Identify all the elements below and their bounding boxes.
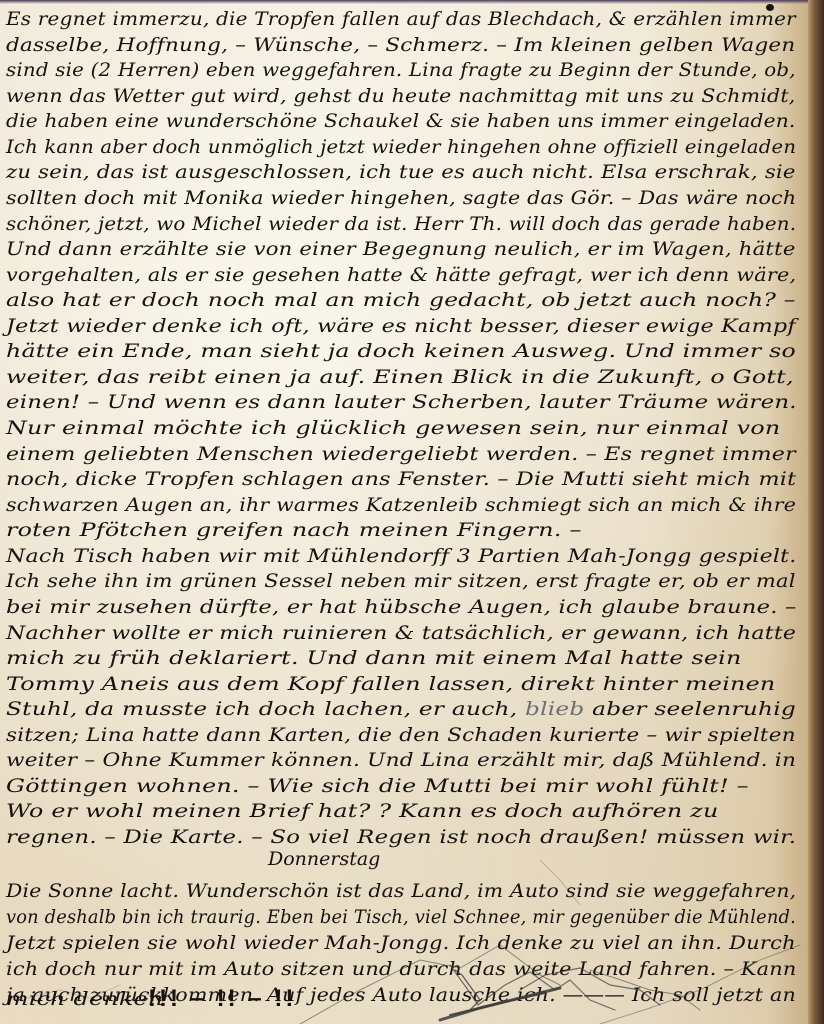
handwritten-line: mich zu früh deklariert. Und dann mit ei… bbox=[6, 647, 742, 669]
handwritten-line: Göttingen wohnen. – Wie sich die Mutti b… bbox=[6, 775, 749, 797]
handwritten-line: schöner, jetzt, wo Michel wieder da ist.… bbox=[6, 213, 796, 235]
handwritten-line: von deshalb bin ich traurig. Eben bei Ti… bbox=[6, 906, 796, 928]
closing-line: mich denken bbox=[6, 988, 163, 1010]
handwritten-line: einem geliebten Menschen wiedergeliebt w… bbox=[6, 443, 796, 465]
handwritten-line: roten Pfötchen greifen nach meinen Finge… bbox=[6, 519, 582, 541]
handwritten-line: dasselbe, Hoffnung, – Wünsche, – Schmerz… bbox=[6, 34, 795, 56]
handwritten-line: zu sein, das ist ausgeschlossen, ich tue… bbox=[6, 161, 796, 183]
handwritten-line: schwarzen Augen an, ihr warmes Katzenlei… bbox=[6, 494, 796, 516]
handwritten-line: ich doch nur mit im Auto sitzen und durc… bbox=[6, 958, 797, 980]
handwritten-line: weiter, das reibt einen ja auf. Einen Bl… bbox=[6, 366, 794, 388]
handwritten-line: Und dann erzählte sie von einer Begegnun… bbox=[6, 238, 796, 260]
handwritten-line: weiter – Ohne Kummer können. Und Lina er… bbox=[6, 749, 796, 771]
handwritten-line: hätte ein Ende, man sieht ja doch keinen… bbox=[6, 340, 796, 362]
handwritten-line: Nur einmal möchte ich glücklich gewesen … bbox=[6, 417, 780, 439]
handwritten-line: vorgehalten, als er sie gesehen hatte & … bbox=[6, 264, 796, 286]
handwritten-line: also hat er doch noch mal an mich gedach… bbox=[6, 289, 796, 311]
handwritten-line: sitzen; Lina hatte dann Karten, die den … bbox=[6, 724, 796, 746]
handwritten-line: Nachher wollte er mich ruinieren & tatsä… bbox=[6, 622, 796, 644]
handwritten-line: bei mir zusehen dürfte, er hat hübsche A… bbox=[6, 596, 797, 618]
handwritten-line: sollten doch mit Monika wieder hingehen,… bbox=[6, 187, 796, 209]
handwritten-line: einen! – Und wenn es dann lauter Scherbe… bbox=[6, 391, 797, 413]
handwritten-line: noch, dicke Tropfen schlagen ans Fenster… bbox=[6, 468, 796, 490]
entry-heading-donnerstag: Donnerstag bbox=[268, 848, 380, 870]
handwritten-line: wenn das Wetter gut wird, gehst du heute… bbox=[6, 85, 795, 107]
closing-exclamations: !!! – !! – !! bbox=[148, 985, 296, 1013]
closing-text: mich denken bbox=[6, 988, 163, 1010]
diary-page: Es regnet immerzu, die Tropfen fallen au… bbox=[0, 0, 808, 1024]
faint-pencil-word: blieb bbox=[525, 698, 585, 720]
handwritten-line: Ich sehe ihn im grünen Sessel neben mir … bbox=[6, 570, 796, 592]
handwritten-line: die haben eine wunderschöne Schaukel & s… bbox=[6, 110, 796, 132]
handwritten-line: Jetzt wieder denke ich oft, wäre es nich… bbox=[6, 315, 796, 337]
handwritten-line: Ich kann aber doch unmöglich jetzt wiede… bbox=[6, 136, 796, 158]
handwritten-line: Wo er wohl meinen Brief hat? ? Kann es d… bbox=[6, 800, 719, 822]
handwritten-line: Die Sonne lacht. Wunderschön ist das Lan… bbox=[6, 880, 796, 902]
handwritten-line: Stuhl, da musste ich doch lachen, er auc… bbox=[6, 698, 796, 720]
page-top-edge bbox=[0, 0, 824, 4]
handwritten-line: Tommy Aneis aus dem Kopf fallen lassen, … bbox=[6, 673, 775, 695]
handwritten-line: Es regnet immerzu, die Tropfen fallen au… bbox=[6, 8, 796, 30]
handwritten-line: sind sie (2 Herren) eben weggefahren. Li… bbox=[6, 59, 796, 81]
book-spine-edge bbox=[808, 0, 824, 1024]
handwritten-line: regnen. – Die Karte. – So viel Regen ist… bbox=[6, 826, 796, 848]
handwritten-line: Nach Tisch haben wir mit Mühlendorff 3 P… bbox=[6, 545, 796, 567]
handwritten-line: Jetzt spielen sie wohl wieder Mah-Jongg.… bbox=[6, 932, 796, 954]
